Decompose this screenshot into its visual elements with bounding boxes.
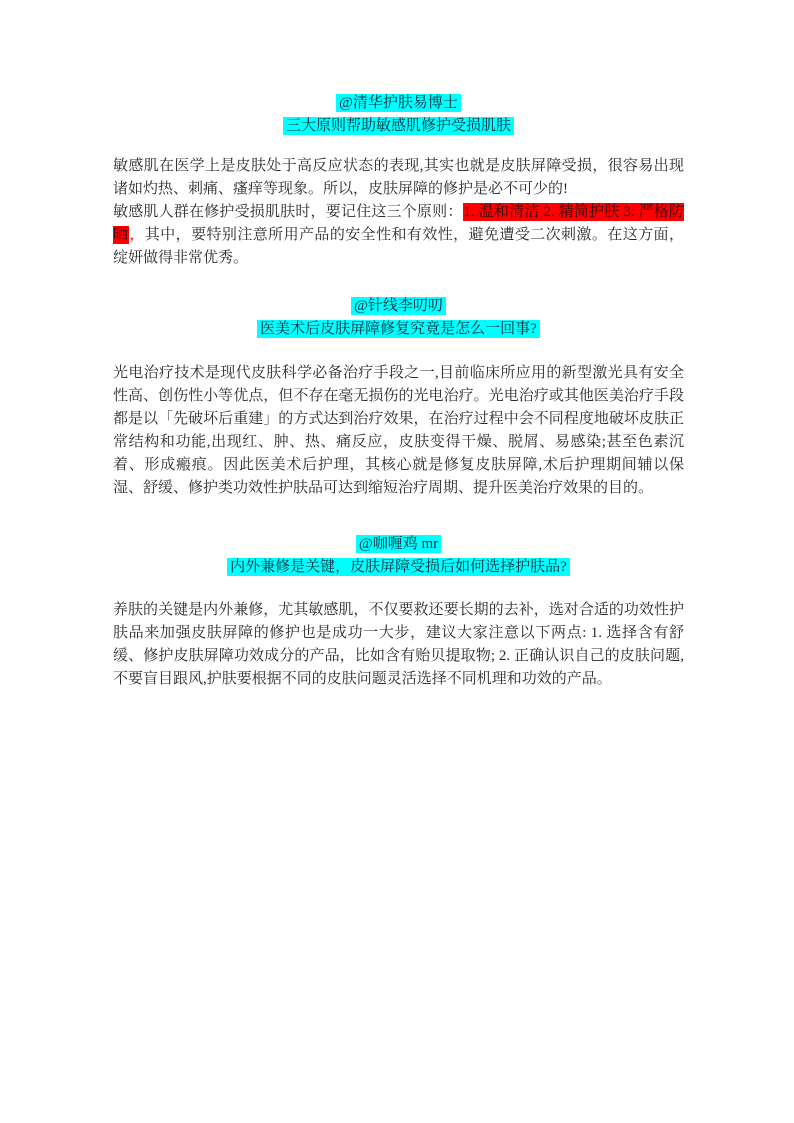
section-1-paragraph-2: 敏感肌人群在修护受损肌肤时，要记住这三个原则：1. 温和清洁 2. 精简护肤 3… xyxy=(113,201,684,270)
section-3-author-highlight: @咖喱鸡 mr xyxy=(356,535,441,553)
paragraph-text: 敏感肌在医学上是皮肤处于高反应状态的表现,其实也就是皮肤屏障受损，很容易出现诸如… xyxy=(113,158,684,197)
section-3-heading: @咖喱鸡 mr内外兼修是关键，皮肤屏障受损后如何选择护肤品? xyxy=(113,533,684,579)
section-2-author-highlight: @针线李叨叨 xyxy=(351,297,446,315)
section-1-body: 敏感肌在医学上是皮肤处于高反应状态的表现,其实也就是皮肤屏障受损，很容易出现诸如… xyxy=(113,155,684,270)
section-1-paragraph-1: 敏感肌在医学上是皮肤处于高反应状态的表现,其实也就是皮肤屏障受损，很容易出现诸如… xyxy=(113,155,684,201)
section-1-title-highlight: 三大原则帮助敏感肌修护受损肌肤 xyxy=(283,117,514,135)
red-comma: ， xyxy=(129,227,144,243)
section-3-body: 养肤的关键是内外兼修，尤其敏感肌，不仅要救还要长期的去补，选对合适的功效性护肤品… xyxy=(113,599,684,691)
paragraph-text: 其中，要特别注意所用产品的安全性和有效性，避免遭受二次刺激。在这方面，绽妍做得非… xyxy=(113,227,684,266)
section-1-author-highlight: @清华护肤易博士 xyxy=(336,94,461,112)
paragraph-text: 养肤的关键是内外兼修，尤其敏感肌，不仅要救还要长期的去补，选对合适的功效性护肤品… xyxy=(113,602,684,687)
section-3-title-highlight: 内外兼修是关键，皮肤屏障受损后如何选择护肤品? xyxy=(227,558,570,576)
section-1-heading: @清华护肤易博士三大原则帮助敏感肌修护受损肌肤 xyxy=(113,92,684,138)
paragraph-text: 光电治疗技术是现代皮肤科学必备治疗手段之一,目前临床所应用的新型激光具有安全性高… xyxy=(113,365,684,496)
section-2-title-highlight: 医美术后皮肤屏障修复究竟是怎么一回事? xyxy=(257,320,540,338)
section-2-paragraph-1: 光电治疗技术是现代皮肤科学必备治疗手段之一,目前临床所应用的新型激光具有安全性高… xyxy=(113,362,684,500)
section-3-paragraph-1: 养肤的关键是内外兼修，尤其敏感肌，不仅要救还要长期的去补，选对合适的功效性护肤品… xyxy=(113,599,684,691)
section-2-body: 光电治疗技术是现代皮肤科学必备治疗手段之一,目前临床所应用的新型激光具有安全性高… xyxy=(113,362,684,500)
paragraph-text: 敏感肌人群在修护受损肌肤时，要记住这三个原则： xyxy=(113,204,463,220)
section-2-heading: @针线李叨叨医美术后皮肤屏障修复究竟是怎么一回事? xyxy=(113,295,684,341)
document-page: @清华护肤易博士三大原则帮助敏感肌修护受损肌肤 敏感肌在医学上是皮肤处于高反应状… xyxy=(0,0,794,1123)
